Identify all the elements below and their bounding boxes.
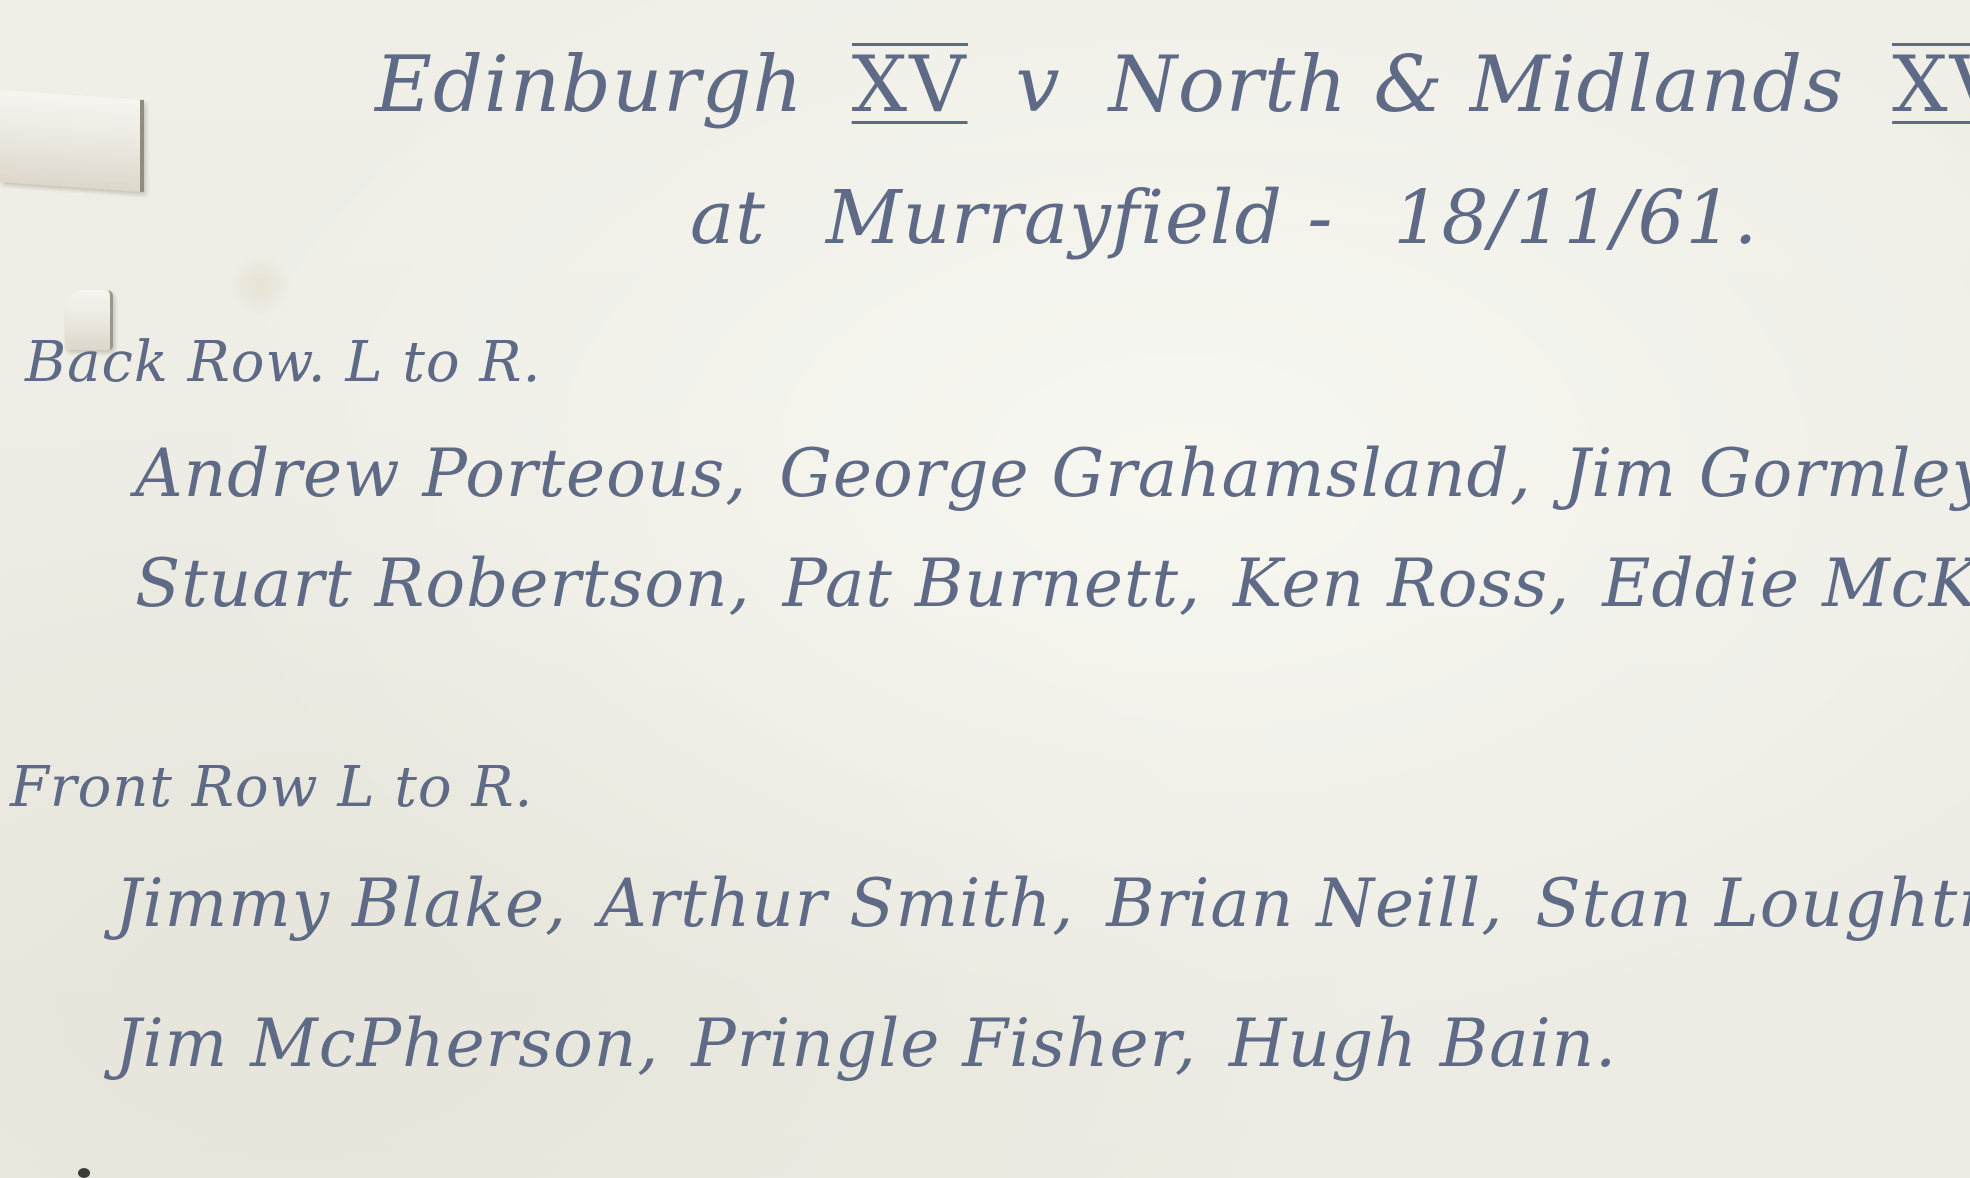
- player-name: Jimmy Blake: [115, 865, 567, 942]
- player-name: Eddie McKeating: [1602, 545, 1970, 622]
- match-venue-date: at Murrayfield - 18/11/61.: [690, 175, 1758, 261]
- match-date: 18/11/61.: [1393, 175, 1758, 261]
- versus-text: v: [1016, 40, 1061, 130]
- front-row-heading: Front Row L to R.: [10, 755, 533, 820]
- home-team-suffix: XV: [852, 43, 968, 124]
- player-name: Jim Gormley: [1564, 435, 1970, 512]
- player-name: Jim McPherson: [115, 1005, 659, 1082]
- front-row-names-line-2: Jim McPherson Pringle Fisher Hugh Bain: [115, 1005, 1617, 1082]
- venue: Murrayfield -: [826, 175, 1334, 261]
- adhesive-tape-remnant: [0, 90, 144, 192]
- player-name: Stan Loughtree: [1535, 865, 1970, 942]
- away-team: North & Midlands: [1109, 40, 1844, 130]
- back-row-heading: Back Row. L to R.: [25, 330, 541, 395]
- back-row-names-line-1: Andrew Porteous George Grahamsland Jim G…: [135, 435, 1970, 512]
- match-title: Edinburgh XV v North & Midlands XV: [375, 40, 1970, 130]
- player-name: Pat Burnett: [783, 545, 1201, 622]
- player-name: Hugh Bain: [1229, 1005, 1617, 1082]
- player-name: Arthur Smith: [599, 865, 1074, 942]
- player-name: Brian Neill: [1106, 865, 1503, 942]
- back-row-names-line-2: Stuart Robertson Pat Burnett Ken Ross Ed…: [135, 545, 1970, 622]
- away-team-suffix: XV: [1892, 43, 1970, 124]
- player-name: Stuart Robertson: [135, 545, 751, 622]
- player-name: Andrew Porteous: [135, 435, 747, 512]
- ink-dot-mark: [78, 1168, 90, 1178]
- venue-prefix: at: [690, 175, 766, 261]
- front-row-names-line-1: Jimmy Blake Arthur Smith Brian Neill Sta…: [115, 865, 1970, 942]
- home-team: Edinburgh: [375, 40, 804, 130]
- paper-stain: [230, 250, 290, 320]
- player-name: George Grahamsland: [779, 435, 1531, 512]
- player-name: Pringle Fisher: [691, 1005, 1197, 1082]
- player-name: Ken Ross: [1233, 545, 1570, 622]
